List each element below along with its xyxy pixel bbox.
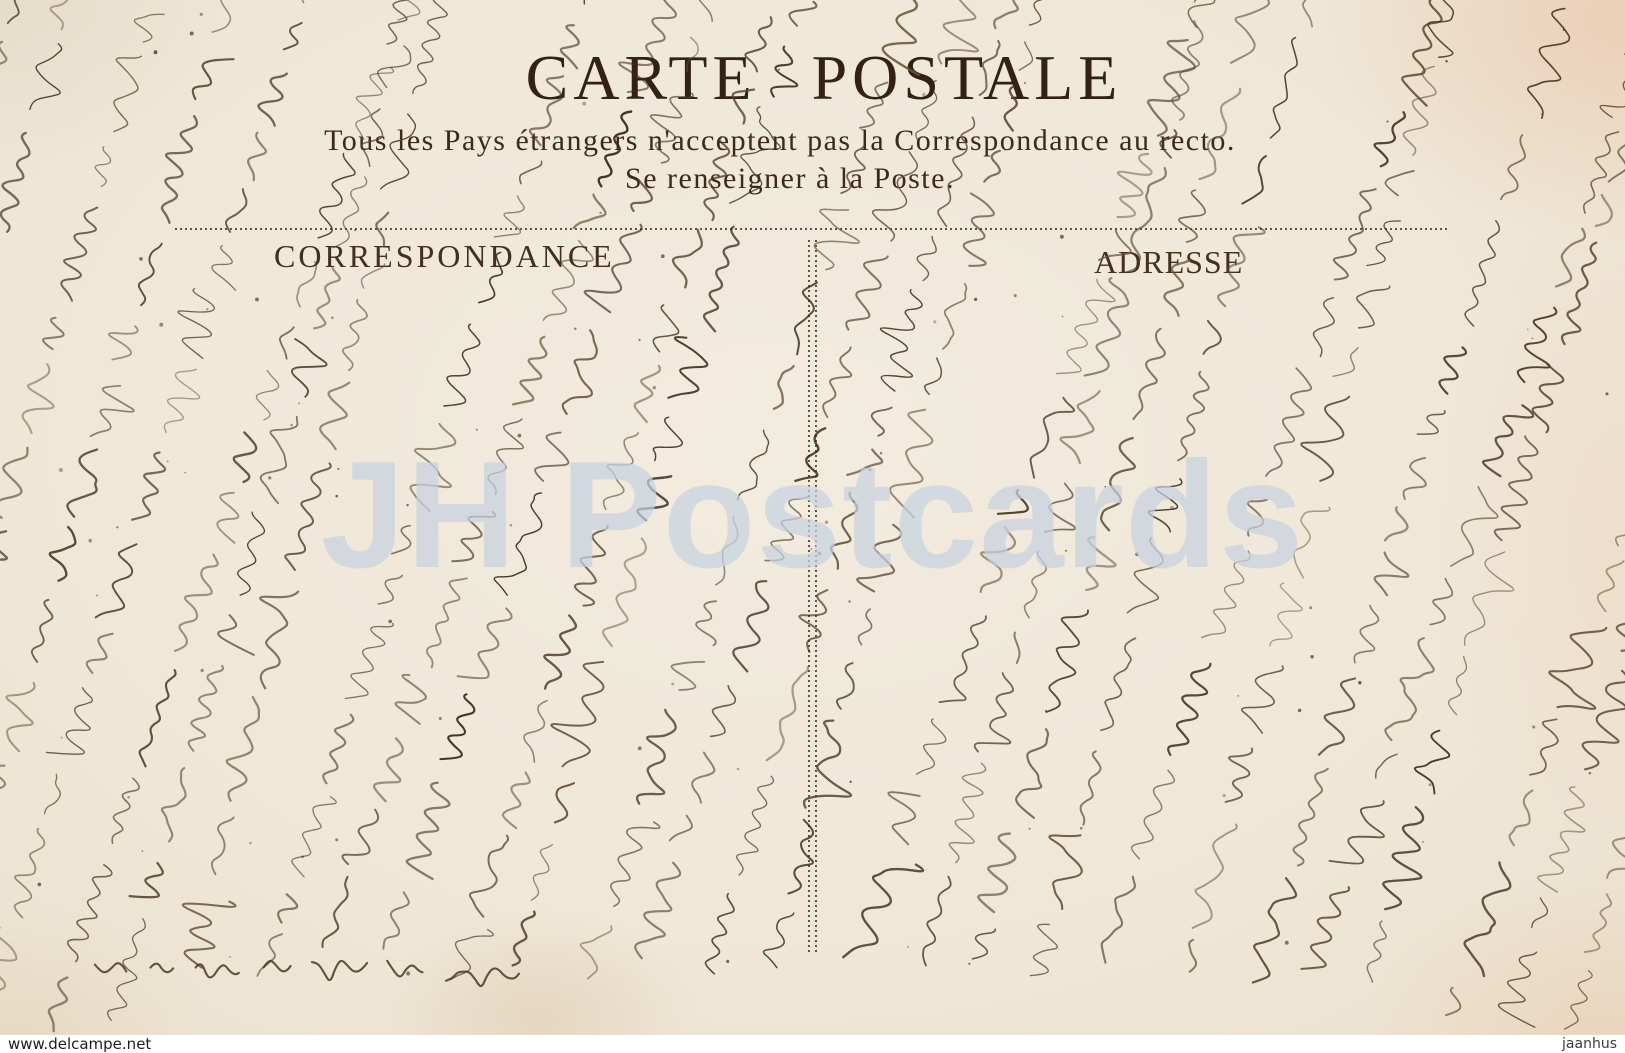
postcard-scan: CARTE POSTALE Tous les Pays étrangers n'… (0, 0, 1625, 1053)
jaanhus-watermark: jaanhus (1562, 1035, 1617, 1053)
delcampe-watermark: www.delcampe.net (8, 1035, 151, 1053)
bottom-watermark-strip: www.delcampe.net jaanhus (0, 1035, 1625, 1053)
handwriting-layer (0, 0, 1625, 1053)
